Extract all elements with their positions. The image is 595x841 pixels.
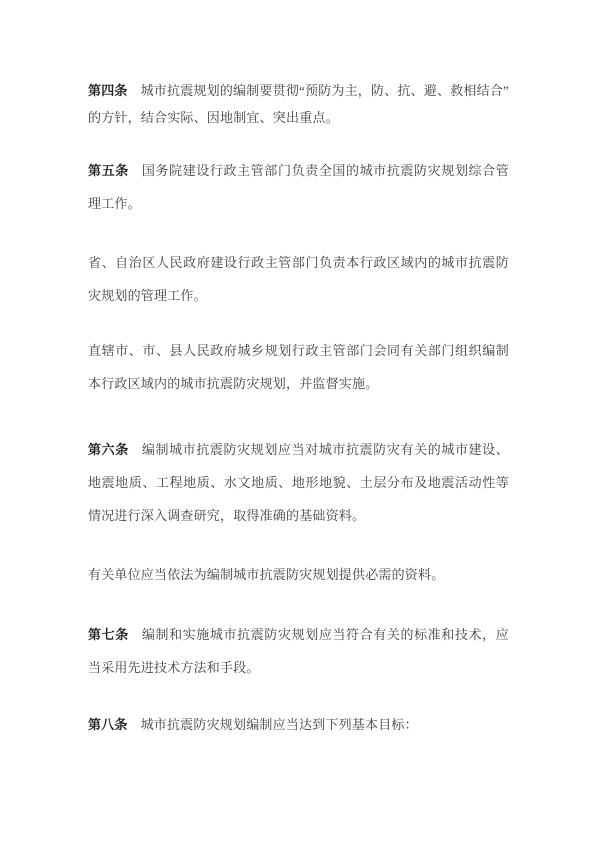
paragraph-article-4: 第四条城市抗震规划的编制要贯彻“预防为主，防、抗、避、救相结合”的方针，结合实际… bbox=[88, 77, 509, 131]
article-label: 第六条 bbox=[88, 442, 129, 457]
paragraph-text: 编制和实施城市抗震防灾规划应当符合有关的标准和技术，应当采用先进技术方法和手段。 bbox=[88, 627, 509, 675]
paragraph-article-8: 第八条城市抗震防灾规划编制应当达到下列基本目标： bbox=[88, 708, 509, 741]
paragraph-article-7: 第七条编制和实施城市抗震防灾规划应当符合有关的标准和技术，应当采用先进技术方法和… bbox=[88, 618, 509, 684]
paragraph-article-6: 第六条编制城市抗震防灾规划应当对城市抗震防灾有关的城市建设、地震地质、工程地质、… bbox=[88, 433, 509, 532]
article-label: 第七条 bbox=[88, 627, 129, 642]
article-label: 第四条 bbox=[88, 83, 128, 98]
article-label: 第八条 bbox=[88, 717, 128, 732]
paragraph-text: 城市抗震防灾规划编制应当达到下列基本目标： bbox=[141, 717, 418, 732]
document-page: 第四条城市抗震规划的编制要贯彻“预防为主，防、抗、避、救相结合”的方针，结合实际… bbox=[0, 0, 595, 841]
article-label: 第五条 bbox=[88, 163, 129, 178]
paragraph-text: 编制城市抗震防灾规划应当对城市抗震防灾有关的城市建设、地震地质、工程地质、水文地… bbox=[88, 442, 509, 523]
paragraph-text: 有关单位应当依法为编制城市抗震防灾规划提供必需的资料。 bbox=[88, 567, 444, 582]
paragraph-article-5-clause-2: 省、自治区人民政府建设行政主管部门负责本行政区域内的城市抗震防灾规划的管理工作。 bbox=[88, 246, 509, 312]
paragraph-text: 国务院建设行政主管部门负责全国的城市抗震防灾规划综合管理工作。 bbox=[88, 163, 509, 211]
paragraph-text: 省、自治区人民政府建设行政主管部门负责本行政区域内的城市抗震防灾规划的管理工作。 bbox=[88, 255, 509, 303]
paragraph-article-5: 第五条国务院建设行政主管部门负责全国的城市抗震防灾规划综合管理工作。 bbox=[88, 154, 509, 220]
paragraph-article-5-clause-3: 直辖市、市、县人民政府城乡规划行政主管部门会同有关部门组织编制本行政区域内的城市… bbox=[88, 334, 509, 400]
paragraph-text: 直辖市、市、县人民政府城乡规划行政主管部门会同有关部门组织编制本行政区域内的城市… bbox=[88, 343, 509, 391]
paragraph-article-6-clause-2: 有关单位应当依法为编制城市抗震防灾规划提供必需的资料。 bbox=[88, 558, 509, 591]
paragraph-text: 城市抗震规划的编制要贯彻“预防为主，防、抗、避、救相结合”的方针，结合实际、因地… bbox=[88, 83, 509, 125]
